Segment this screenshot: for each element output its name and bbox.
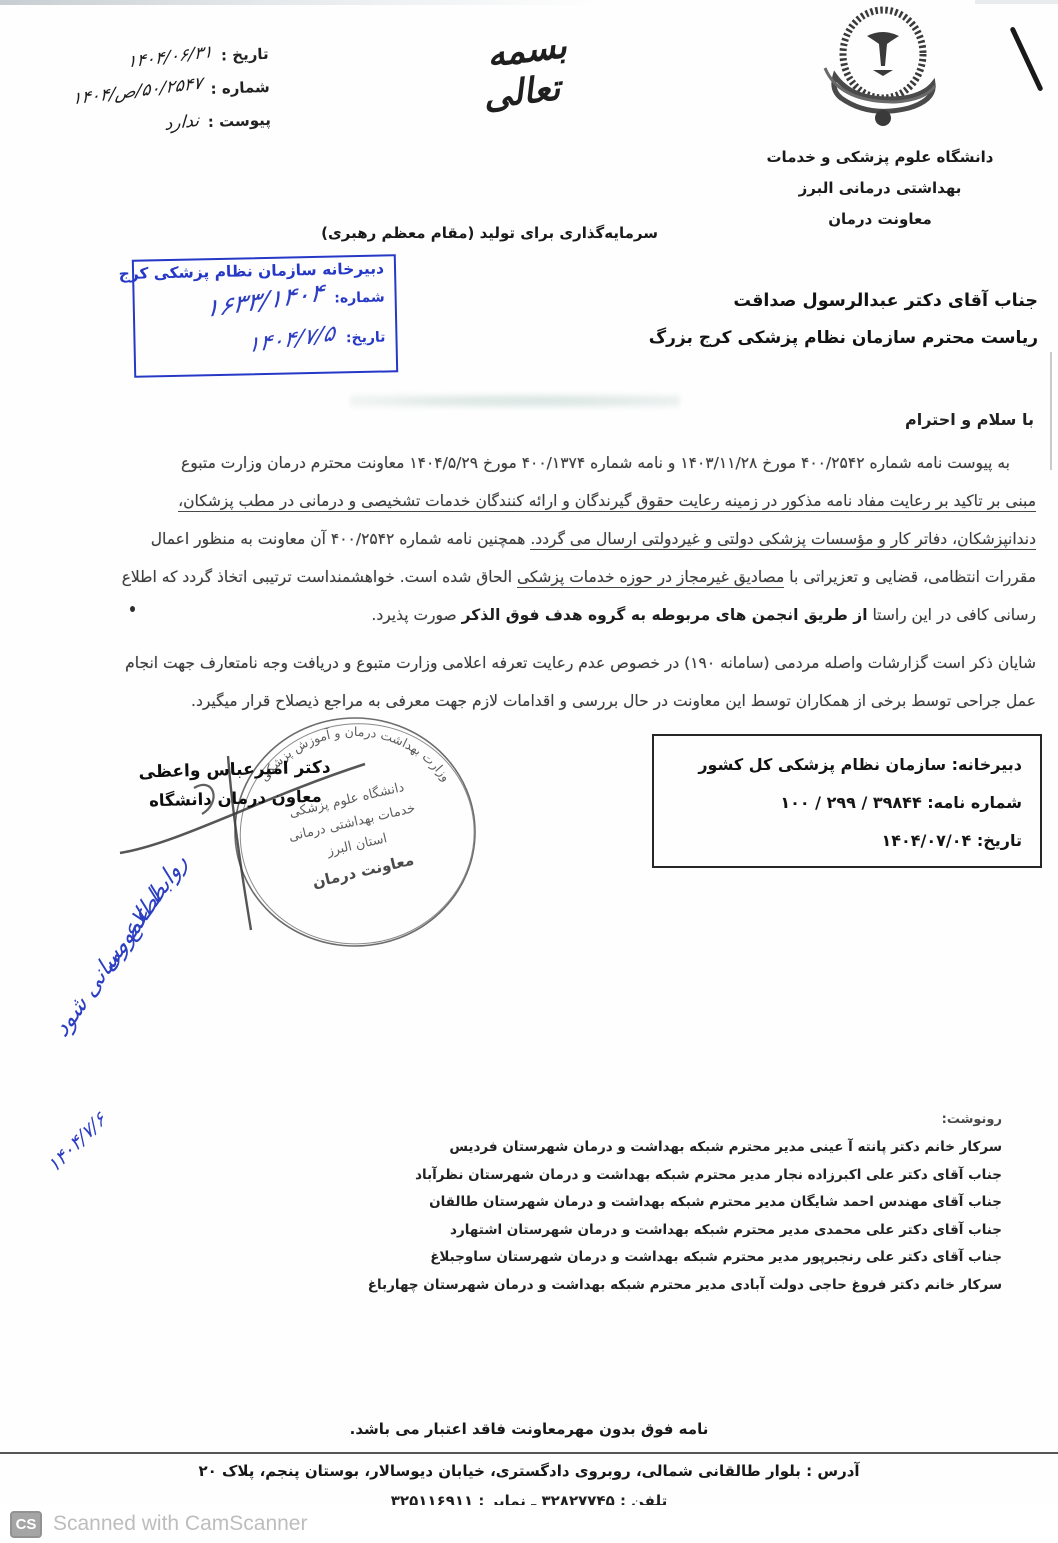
recipient-block: جناب آقای دکتر عبدالرسول صداقت ریاست محت… <box>649 291 1038 348</box>
validity-notice: نامه فوق بدون مهرمعاونت فاقد اعتبار می ب… <box>0 1420 1058 1438</box>
body-text-segment: مبنی بر تاکید بر رعایت مفاد نامه مذکور د… <box>178 492 1036 512</box>
signature <box>110 718 500 973</box>
signer-block: دکتر امیرعباس واعظی معاون درمان دانشگاه <box>125 757 344 811</box>
meta-attachment-row: پیوست : ندارد <box>31 110 272 138</box>
footer-divider <box>0 1452 1058 1454</box>
camscanner-watermark-text: Scanned with CamScanner <box>53 1512 307 1536</box>
karaj-stamp-number-label: شماره: <box>334 289 385 306</box>
karaj-stamp-number-value: ۱۶۳۳/۱۴۰۴ <box>204 277 325 322</box>
karaj-stamp-date-row: تاریخ: ۱۴۰۴/۷/۵ <box>145 317 386 362</box>
country-box-date: تاریخ: ۱۴۰۴/۰۷/۰۴ <box>672 822 1022 860</box>
meta-number-row: شماره : ۵۰/۲۵۴۷/ص/۱۴۰۴ <box>29 77 270 105</box>
cc-item: سرکار خانم دکتر فروغ حاجی دولت آبادی مدی… <box>352 1272 1002 1300</box>
body-text-segment: به پیوست نامه شماره ۴۰۰/۲۵۴۲ مورخ ۱۴۰۳/۱… <box>181 454 1010 472</box>
body-line: به پیوست نامه شماره ۴۰۰/۲۵۴۲ مورخ ۱۴۰۳/۱… <box>24 444 1036 482</box>
body-line: مقررات انتظامی، قضایی و تعزیراتی با مصاد… <box>24 558 1036 596</box>
handwritten-note-line: ۱۴۰۴/۷/۶ <box>44 1108 110 1178</box>
scan-edge-artifact-top-right <box>975 0 1058 4</box>
signer-name: دکتر امیرعباس واعظی <box>125 757 343 783</box>
attachment-label: پیوست : <box>208 111 272 131</box>
cc-item: سرکار خانم دکتر پانته آ عینی مدیر محترم … <box>352 1134 1002 1162</box>
cc-item: جناب آقای دکتر علی محمدی مدیر محترم شبکه… <box>352 1217 1002 1245</box>
country-secretariat-box: دبیرخانه: سازمان نظام پزشکی کل کشور شمار… <box>652 734 1042 868</box>
org-line: دانشگاه علوم پزشکی و خدمات <box>752 142 1008 173</box>
body-text-segment: الحاق شده است. خواهشمنداست ترتیبی اتخاذ … <box>122 568 517 586</box>
date-value-handwritten: ۱۴۰۴/۰۶/۳۱ <box>127 42 213 72</box>
letter-body: به پیوست نامه شماره ۴۰۰/۲۵۴۲ مورخ ۱۴۰۳/۱… <box>24 444 1036 720</box>
letter-meta-block: تاریخ : ۱۴۰۴/۰۶/۳۱ شماره : ۵۰/۲۵۴۷/ص/۱۴۰… <box>28 44 271 151</box>
year-slogan: سرمایه‌گذاری برای تولید (مقام معظم رهبری… <box>328 224 658 242</box>
cc-list: سرکار خانم دکتر پانته آ عینی مدیر محترم … <box>352 1134 1002 1299</box>
phone-line-clipped: تلفن : ۳۲۸۲۷۷۴۵ ـ نمابر : ۳۲۵۱۱۶۹۱۱ <box>0 1492 1058 1505</box>
body-text-segment: مصادیق غیرمجاز در حوزه خدمات پزشکی <box>517 568 784 588</box>
karaj-stamp-number-row: شماره: ۱۶۳۳/۱۴۰۴ <box>144 277 385 322</box>
recipient-title: ریاست محترم سازمان نظام پزشکی کرج بزرگ <box>649 328 1038 348</box>
camscanner-badge-icon: CS <box>10 1511 42 1538</box>
handwritten-note: روابط عمومیاطلاع رسانی شود۱۴۰۴/۷/۶ <box>18 940 298 1290</box>
meta-date-row: تاریخ : ۱۴۰۴/۰۶/۳۱ <box>28 44 269 72</box>
cc-item: جناب آقای دکتر علی رنجبرپور مدیر محترم ش… <box>352 1244 1002 1272</box>
cc-item: جناب آقای دکتر علی اکبرزاده نجار مدیر مح… <box>352 1162 1002 1190</box>
body-text-segment: شایان ذکر است گزارشات واصله مردمی (سامان… <box>125 654 1036 672</box>
body-text-segment: صورت پذیرد. <box>371 606 461 624</box>
body-line: مبنی بر تاکید بر رعایت مفاد نامه مذکور د… <box>24 482 1036 520</box>
country-box-number: شماره نامه: ۳۹۸۴۴ / ۲۹۹ / ۱۰۰ <box>672 784 1022 822</box>
organization-name-block: دانشگاه علوم پزشکی و خدماتبهداشتی درمانی… <box>752 142 1008 235</box>
body-text-segment: دندانپزشکان، دفاتر کار و مؤسسات پزشکی دو… <box>530 530 1036 550</box>
university-emblem-icon <box>795 6 965 138</box>
body-line: عمل جراحی توسط برخی از همکاران توسط این … <box>24 682 1036 720</box>
body-text-segment: همچنین نامه شماره ۴۰۰/۲۵۴۲ آن معاونت به … <box>151 530 531 548</box>
date-label: تاریخ : <box>221 45 269 65</box>
body-text-segment: از طریق انجمن های مربوطه به گروه هدف فوق… <box>462 606 868 624</box>
scan-edge-artifact-top <box>0 0 600 5</box>
pen-mark <box>1009 26 1043 92</box>
number-value-handwritten: ۵۰/۲۵۴۷/ص/۱۴۰۴ <box>72 74 203 110</box>
org-line: معاونت درمان <box>752 204 1008 235</box>
address-line: آدرس : بلوار طالقانی شمالی، روبروی دادگس… <box>0 1462 1058 1480</box>
karaj-stamp-date-label: تاریخ: <box>346 329 386 346</box>
handwritten-note-line: اطلاع رسانی شود <box>50 884 167 1043</box>
body-text-segment: رسانی کافی در این راستا <box>868 606 1036 624</box>
body-line: شایان ذکر است گزارشات واصله مردمی (سامان… <box>24 644 1036 682</box>
scan-edge-artifact-right <box>1050 352 1052 470</box>
camscanner-watermark-bar: CS Scanned with CamScanner <box>0 1505 1058 1543</box>
attachment-value-handwritten: ندارد <box>164 111 200 135</box>
number-label: شماره : <box>210 78 270 98</box>
karaj-stamp-date-value: ۱۴۰۴/۷/۵ <box>246 321 336 358</box>
bismillah-calligraphy: بسمه تعالی <box>442 19 611 122</box>
body-text-segment: مقررات انتظامی، قضایی و تعزیراتی با <box>784 568 1036 586</box>
org-line: بهداشتی درمانی البرز <box>752 173 1008 204</box>
bleed-through-smudge <box>350 390 680 412</box>
scanned-letter-page: تاریخ : ۱۴۰۴/۰۶/۳۱ شماره : ۵۰/۲۵۴۷/ص/۱۴۰… <box>0 0 1058 1543</box>
salutation: با سلام و احترام <box>905 410 1034 429</box>
body-line: رسانی کافی در این راستا از طریق انجمن ها… <box>24 596 1036 634</box>
recipient-name: جناب آقای دکتر عبدالرسول صداقت <box>649 291 1038 311</box>
country-box-secretariat: دبیرخانه: سازمان نظام پزشکی کل کشور <box>672 746 1022 784</box>
body-line: دندانپزشکان، دفاتر کار و مؤسسات پزشکی دو… <box>24 520 1036 558</box>
cc-section: رونوشت: سرکار خانم دکتر پانته آ عینی مدی… <box>352 1112 1002 1299</box>
cc-item: جناب آقای مهندس احمد شایگان مدیر محترم ش… <box>352 1189 1002 1217</box>
cc-label: رونوشت: <box>352 1112 1002 1127</box>
karaj-secretariat-stamp: دبیرخانه سازمان نظام پزشکی کرج شماره: ۱۶… <box>132 254 398 378</box>
